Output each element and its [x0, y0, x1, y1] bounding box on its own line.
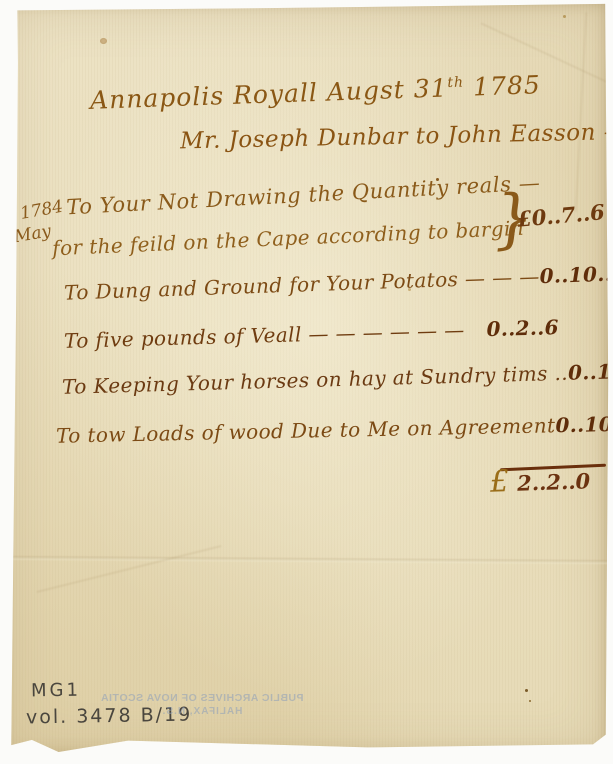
document-scan: Annapolis Royall Augst 31th 1785 Mr. Jos…	[0, 0, 613, 764]
header-place-date: Annapolis Royall Augst 31th 1785	[90, 70, 542, 115]
paper-stain	[100, 38, 107, 44]
entry-text: To tow Loads of wood Due to Me on Agreem…	[56, 413, 556, 447]
archive-stamp-mirrored: PUBLIC ARCHIVES OF NOVA SCOTIA HALIFAX, …	[82, 691, 322, 719]
entry-amount: 0..10..0	[555, 411, 613, 437]
ink-spatter	[430, 185, 432, 187]
entry-amount: 0..12..0	[568, 358, 613, 384]
manuscript-paper: Annapolis Royall Augst 31th 1785 Mr. Jos…	[4, 2, 610, 758]
entry-text: To Dung and Ground for Your Potatos — — …	[64, 264, 540, 305]
entry-text: To five pounds of Veall — — — — — —	[64, 318, 465, 353]
parties-text: Mr. Joseph Dunbar to John Easson — —	[180, 118, 613, 154]
ledger-entry-3: To five pounds of Veall — — — — — — 0..2…	[64, 315, 559, 353]
entry-amount: 0..10..0	[539, 261, 613, 288]
pound-sign: £	[490, 471, 510, 494]
archive-reference-line1: MG1	[31, 680, 81, 702]
ledger-entry-5: To tow Loads of wood Due to Me on Agreem…	[56, 412, 602, 447]
paper-speck	[408, 288, 411, 291]
ledger-entry-1-line2: for the feild on the Cape according to b…	[52, 216, 525, 261]
entry-amount: 0..2..6	[486, 315, 559, 341]
paper-speck	[525, 689, 528, 692]
header-parties: Mr. Joseph Dunbar to John Easson — — Dr …	[180, 120, 600, 155]
day-suffix: th	[447, 74, 464, 91]
paper-speck	[563, 15, 566, 18]
ledger-entry-4: To Keeping Your horses on hay at Sundry …	[62, 361, 554, 399]
ink-spatter	[436, 178, 439, 181]
total-value: 2..2..0	[517, 468, 591, 496]
stamp-line1: PUBLIC ARCHIVES OF NOVA SCOTIA	[82, 691, 322, 705]
wrinkle-crease	[575, 12, 587, 212]
wrinkle-crease	[37, 545, 222, 593]
place-date-text: Annapolis Royall Augst 31	[90, 73, 448, 114]
year-text: 1785	[473, 70, 542, 101]
ledger-entry-2: To Dung and Ground for Your Potatos — — …	[64, 263, 565, 304]
total-amount: £ 2..2..0	[490, 468, 591, 496]
paper-speck	[529, 700, 531, 702]
entry-text: To Keeping Your horses on hay at Sundry …	[62, 361, 569, 399]
fold-crease	[10, 556, 610, 564]
stamp-line2: HALIFAX, N.S.	[82, 705, 322, 719]
ledger-entry-1-line1: To Your Not Drawing the Quantity reals —	[66, 171, 541, 220]
